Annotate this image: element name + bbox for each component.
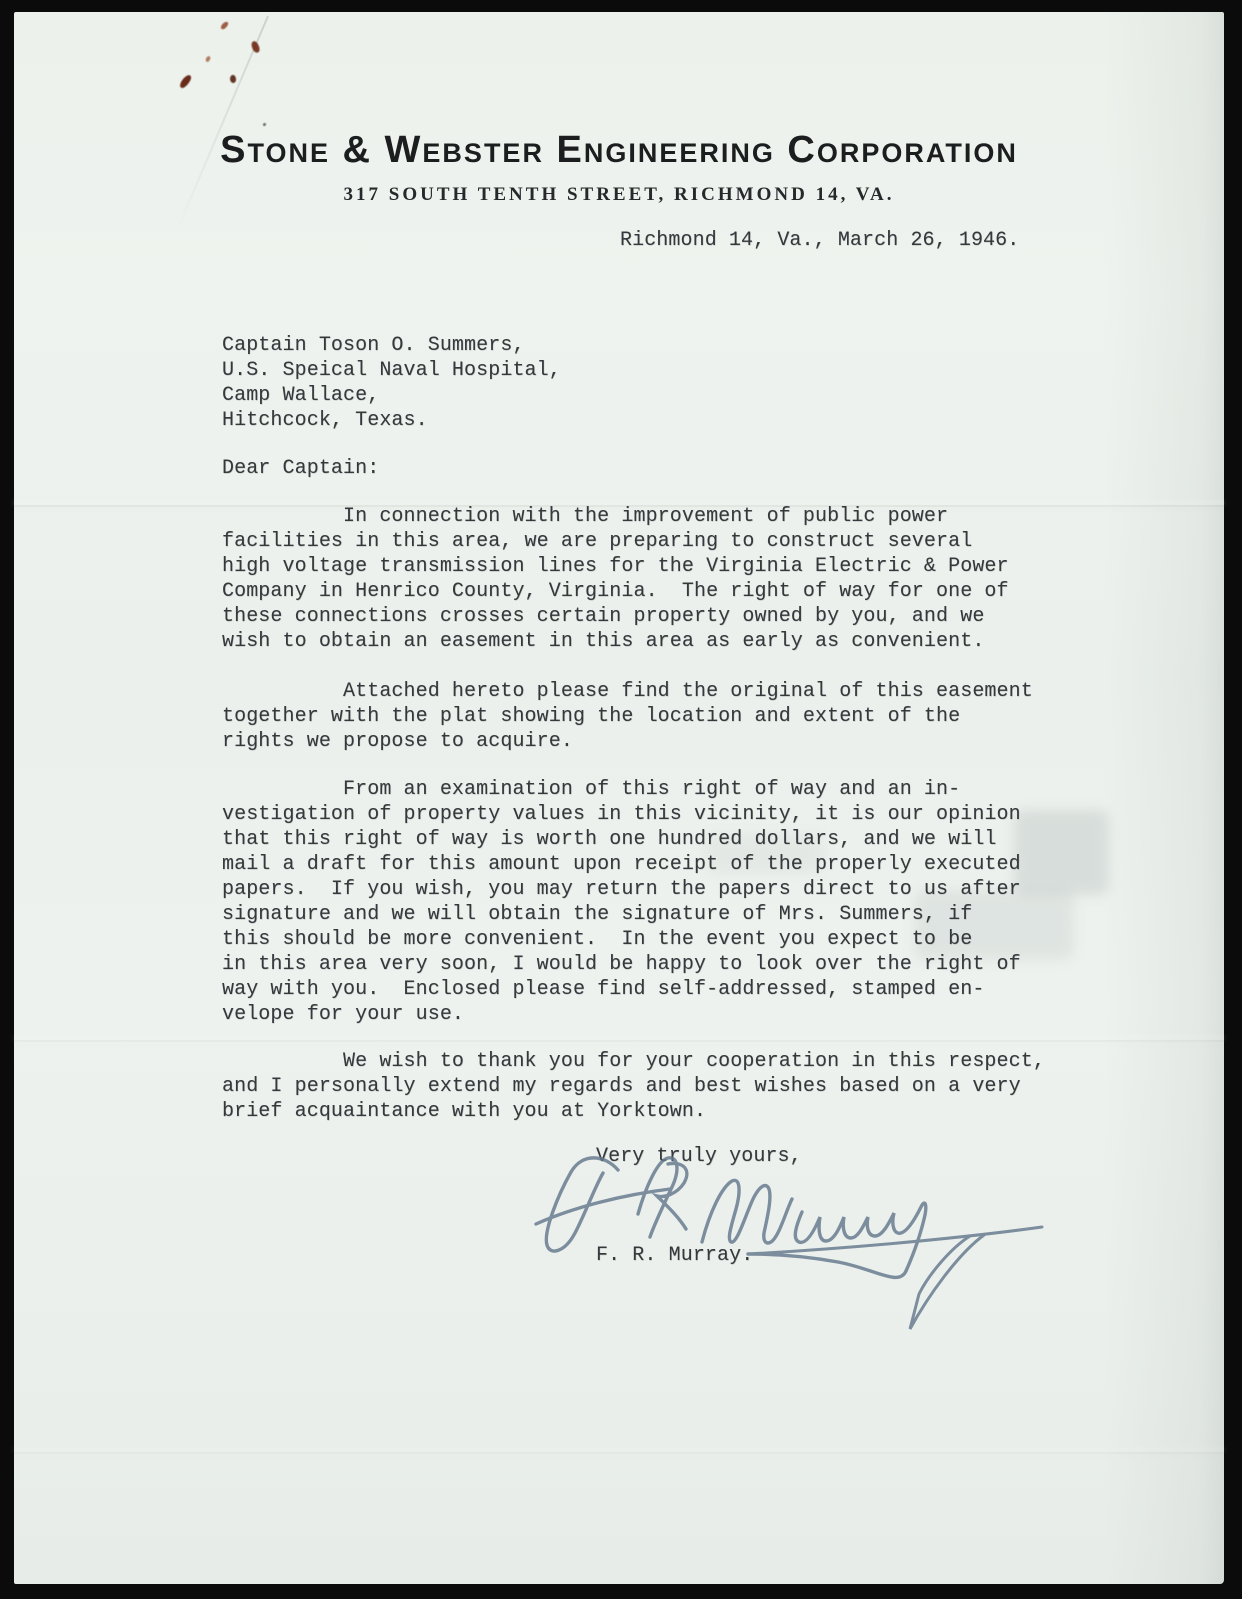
dateline: Richmond 14, Va., March 26, 1946. xyxy=(620,228,1019,253)
rust-stain xyxy=(229,74,237,83)
body-paragraph-4: We wish to thank you for your cooperatio… xyxy=(222,1049,1045,1124)
rust-stain xyxy=(205,55,211,62)
body-paragraph-1: In connection with the improvement of pu… xyxy=(222,504,1009,654)
ink-showthrough xyxy=(1014,810,1109,895)
rust-stain xyxy=(178,73,192,89)
body-paragraph-2: Attached hereto please find the original… xyxy=(222,679,1033,754)
crease-horizontal xyxy=(14,1040,1224,1042)
signature-autograph xyxy=(530,1148,1060,1353)
letter-paper: Stone & Webster Engineering Corporation … xyxy=(14,12,1224,1584)
crease-horizontal xyxy=(14,1452,1224,1454)
recipient-address-block: Captain Toson O. Summers, U.S. Speical N… xyxy=(222,333,561,433)
letterhead-company-name: Stone & Webster Engineering Corporation xyxy=(14,128,1224,172)
salutation: Dear Captain: xyxy=(222,456,379,481)
scan-background: { "document_type": "scanned business let… xyxy=(0,0,1242,1599)
paper-speck xyxy=(263,123,266,126)
letterhead-street-address: 317 SOUTH TENTH STREET, RICHMOND 14, VA. xyxy=(14,183,1224,207)
rust-stain xyxy=(220,20,229,30)
body-paragraph-3: From an examination of this right of way… xyxy=(222,777,1021,1027)
